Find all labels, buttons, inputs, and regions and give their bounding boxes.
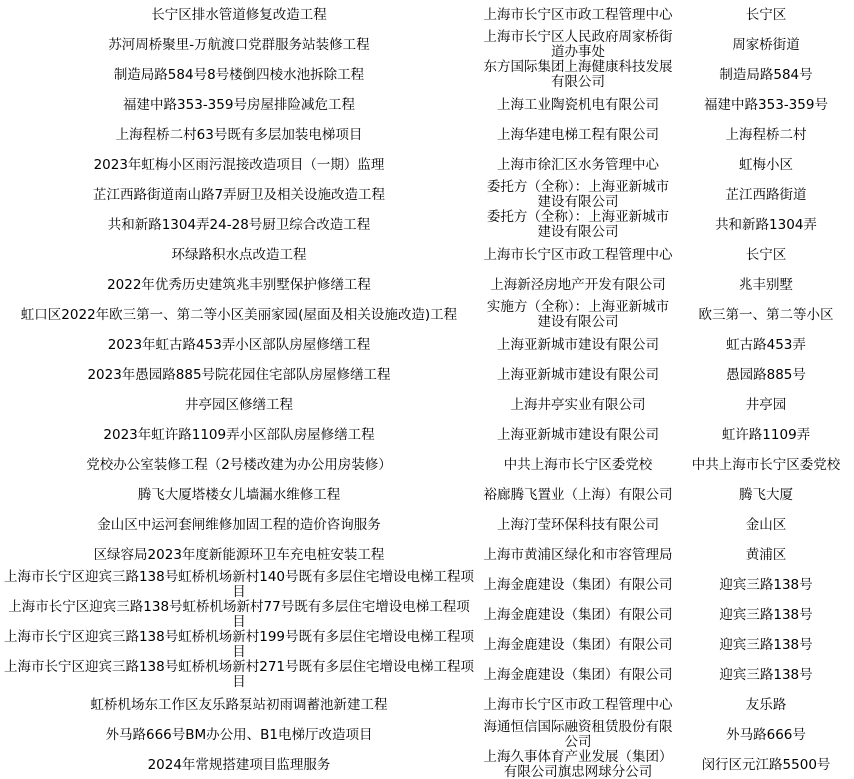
project-name-cell: 上海市长宁区迎宾三路138号虹桥机场新村77号既有多层住宅增设电梯工程项目	[0, 600, 478, 630]
project-name-text: 共和新路1304弄24-28号厨卫综合改造工程	[2, 218, 476, 233]
client-text: 委托方（全称）：上海亚新城市建设有限公司	[482, 210, 674, 240]
location-cell: 愚园路885号	[678, 360, 854, 390]
location-text: 虹梅小区	[680, 158, 852, 173]
client-cell: 上海华建电梯工程有限公司	[478, 120, 678, 150]
table-row: 2022年优秀历史建筑兆丰别墅保护修缮工程 上海新泾房地产开发有限公司 兆丰别墅	[0, 270, 854, 300]
location-text: 迎宾三路138号	[680, 668, 852, 683]
location-cell: 长宁区	[678, 0, 854, 30]
table-row: 虹口区2022年欧三第一、第二等小区美丽家园(屋面及相关设施改造)工程 实施方（…	[0, 300, 854, 330]
project-name-cell: 2023年虹梅小区雨污混接改造项目（一期）监理	[0, 150, 478, 180]
client-text: 上海新泾房地产开发有限公司	[482, 278, 674, 293]
client-text: 上海亚新城市建设有限公司	[482, 338, 674, 353]
table-row: 2023年虹古路453弄小区部队房屋修缮工程 上海亚新城市建设有限公司 虹古路4…	[0, 330, 854, 360]
project-name-cell: 芷江西路街道南山路7弄厨卫及相关设施改造工程	[0, 180, 478, 210]
project-name-text: 2023年虹古路453弄小区部队房屋修缮工程	[2, 338, 476, 353]
location-text: 共和新路1304弄	[680, 218, 852, 233]
location-cell: 迎宾三路138号	[678, 630, 854, 660]
client-text: 上海市长宁区市政工程管理中心	[482, 248, 674, 263]
client-text: 上海金鹿建设（集团）有限公司	[482, 668, 674, 683]
client-text: 上海亚新城市建设有限公司	[482, 428, 674, 443]
client-text: 上海汀莹环保科技有限公司	[482, 518, 674, 533]
project-name-cell: 金山区中运河套闸维修加固工程的造价咨询服务	[0, 510, 478, 540]
table-row: 长宁区排水管道修复改造工程 上海市长宁区市政工程管理中心 长宁区	[0, 0, 854, 30]
client-cell: 上海井亭实业有限公司	[478, 390, 678, 420]
project-name-cell: 2023年虹许路1109弄小区部队房屋修缮工程	[0, 420, 478, 450]
client-cell: 上海市长宁区市政工程管理中心	[478, 240, 678, 270]
client-text: 上海金鹿建设（集团）有限公司	[482, 578, 674, 593]
table-row: 上海市长宁区迎宾三路138号虹桥机场新村271号既有多层住宅增设电梯工程项目 上…	[0, 660, 854, 690]
client-cell: 海通恒信国际融资租赁股份有限公司	[478, 720, 678, 750]
table-row: 上海市长宁区迎宾三路138号虹桥机场新村199号既有多层住宅增设电梯工程项目 上…	[0, 630, 854, 660]
table-row: 外马路666号BM办公用、B1电梯厅改造项目 海通恒信国际融资租赁股份有限公司 …	[0, 720, 854, 750]
project-name-text: 区绿容局2023年度新能源环卫车充电桩安装工程	[2, 548, 476, 563]
location-text: 外马路666号	[680, 728, 852, 743]
client-text: 上海华建电梯工程有限公司	[482, 128, 674, 143]
client-text: 上海市长宁区市政工程管理中心	[482, 698, 674, 713]
client-text: 上海市徐汇区水务管理中心	[482, 158, 674, 173]
project-name-cell: 共和新路1304弄24-28号厨卫综合改造工程	[0, 210, 478, 240]
project-name-text: 上海市长宁区迎宾三路138号虹桥机场新村199号既有多层住宅增设电梯工程项目	[2, 630, 476, 660]
location-cell: 井亭园	[678, 390, 854, 420]
client-cell: 上海市长宁区市政工程管理中心	[478, 690, 678, 720]
project-name-text: 金山区中运河套闸维修加固工程的造价咨询服务	[2, 518, 476, 533]
location-cell: 共和新路1304弄	[678, 210, 854, 240]
location-cell: 制造局路584号	[678, 60, 854, 90]
project-name-text: 虹桥机场东工作区友乐路泵站初雨调蓄池新建工程	[2, 698, 476, 713]
location-cell: 闵行区元江路5500号	[678, 750, 854, 779]
table-row: 2023年虹梅小区雨污混接改造项目（一期）监理 上海市徐汇区水务管理中心 虹梅小…	[0, 150, 854, 180]
table-row: 金山区中运河套闸维修加固工程的造价咨询服务 上海汀莹环保科技有限公司 金山区	[0, 510, 854, 540]
client-cell: 上海久事体育产业发展（集团）有限公司旗忠网球分公司	[478, 750, 678, 779]
client-text: 东方国际集团上海健康科技发展有限公司	[482, 60, 674, 90]
project-name-cell: 井亭园区修缮工程	[0, 390, 478, 420]
project-name-text: 井亭园区修缮工程	[2, 398, 476, 413]
project-name-text: 长宁区排水管道修复改造工程	[2, 8, 476, 23]
location-text: 黄浦区	[680, 548, 852, 563]
project-name-cell: 虹口区2022年欧三第一、第二等小区美丽家园(屋面及相关设施改造)工程	[0, 300, 478, 330]
location-cell: 虹梅小区	[678, 150, 854, 180]
client-text: 实施方（全称）：上海亚新城市建设有限公司	[482, 300, 674, 330]
location-cell: 黄浦区	[678, 540, 854, 570]
project-name-text: 上海程桥二村63号既有多层加装电梯项目	[2, 128, 476, 143]
location-text: 迎宾三路138号	[680, 578, 852, 593]
client-cell: 实施方（全称）：上海亚新城市建设有限公司	[478, 300, 678, 330]
table-row: 2024年常规搭建项目监理服务 上海久事体育产业发展（集团）有限公司旗忠网球分公…	[0, 750, 854, 779]
client-cell: 上海金鹿建设（集团）有限公司	[478, 660, 678, 690]
location-cell: 外马路666号	[678, 720, 854, 750]
project-name-cell: 2022年优秀历史建筑兆丰别墅保护修缮工程	[0, 270, 478, 300]
location-cell: 迎宾三路138号	[678, 570, 854, 600]
location-cell: 周家桥街道	[678, 30, 854, 60]
project-name-cell: 苏河周桥聚里-万航渡口党群服务站装修工程	[0, 30, 478, 60]
project-name-text: 苏河周桥聚里-万航渡口党群服务站装修工程	[2, 38, 476, 53]
location-text: 长宁区	[680, 8, 852, 23]
location-cell: 迎宾三路138号	[678, 660, 854, 690]
project-name-text: 2023年愚园路885号院花园住宅部队房屋修缮工程	[2, 368, 476, 383]
client-text: 委托方（全称）：上海亚新城市建设有限公司	[482, 180, 674, 210]
project-name-cell: 上海程桥二村63号既有多层加装电梯项目	[0, 120, 478, 150]
project-name-cell: 2023年虹古路453弄小区部队房屋修缮工程	[0, 330, 478, 360]
client-cell: 上海亚新城市建设有限公司	[478, 330, 678, 360]
table-row: 腾飞大厦塔楼女儿墙漏水维修工程 裕廊腾飞置业（上海）有限公司 腾飞大厦	[0, 480, 854, 510]
location-cell: 金山区	[678, 510, 854, 540]
project-name-cell: 外马路666号BM办公用、B1电梯厅改造项目	[0, 720, 478, 750]
table-row: 虹桥机场东工作区友乐路泵站初雨调蓄池新建工程 上海市长宁区市政工程管理中心 友乐…	[0, 690, 854, 720]
client-text: 上海亚新城市建设有限公司	[482, 368, 674, 383]
client-cell: 上海金鹿建设（集团）有限公司	[478, 630, 678, 660]
project-name-cell: 长宁区排水管道修复改造工程	[0, 0, 478, 30]
table-row: 上海市长宁区迎宾三路138号虹桥机场新村77号既有多层住宅增设电梯工程项目 上海…	[0, 600, 854, 630]
client-text: 上海久事体育产业发展（集团）有限公司旗忠网球分公司	[482, 750, 674, 779]
project-name-text: 2023年虹梅小区雨污混接改造项目（一期）监理	[2, 158, 476, 173]
table-row: 共和新路1304弄24-28号厨卫综合改造工程 委托方（全称）：上海亚新城市建设…	[0, 210, 854, 240]
project-name-cell: 制造局路584号8号楼倒四棱水池拆除工程	[0, 60, 478, 90]
location-text: 制造局路584号	[680, 68, 852, 83]
client-cell: 上海市黄浦区绿化和市容管理局	[478, 540, 678, 570]
location-cell: 腾飞大厦	[678, 480, 854, 510]
location-text: 中共上海市长宁区委党校	[680, 458, 852, 473]
projects-table: 长宁区排水管道修复改造工程 上海市长宁区市政工程管理中心 长宁区 苏河周桥聚里-…	[0, 0, 854, 779]
project-name-cell: 党校办公室装修工程（2号楼改建为办公用房装修）	[0, 450, 478, 480]
project-name-cell: 上海市长宁区迎宾三路138号虹桥机场新村199号既有多层住宅增设电梯工程项目	[0, 630, 478, 660]
client-text: 上海金鹿建设（集团）有限公司	[482, 638, 674, 653]
location-cell: 迎宾三路138号	[678, 600, 854, 630]
client-text: 上海市长宁区市政工程管理中心	[482, 8, 674, 23]
location-text: 兆丰别墅	[680, 278, 852, 293]
table-row: 2023年虹许路1109弄小区部队房屋修缮工程 上海亚新城市建设有限公司 虹许路…	[0, 420, 854, 450]
location-text: 腾飞大厦	[680, 488, 852, 503]
project-name-cell: 福建中路353-359号房屋排险减危工程	[0, 90, 478, 120]
projects-table-body: 长宁区排水管道修复改造工程 上海市长宁区市政工程管理中心 长宁区 苏河周桥聚里-…	[0, 0, 854, 779]
client-text: 海通恒信国际融资租赁股份有限公司	[482, 720, 674, 750]
client-cell: 上海汀莹环保科技有限公司	[478, 510, 678, 540]
project-name-cell: 2023年愚园路885号院花园住宅部队房屋修缮工程	[0, 360, 478, 390]
project-name-cell: 2024年常规搭建项目监理服务	[0, 750, 478, 779]
project-name-text: 虹口区2022年欧三第一、第二等小区美丽家园(屋面及相关设施改造)工程	[2, 308, 476, 323]
project-name-text: 福建中路353-359号房屋排险减危工程	[2, 98, 476, 113]
project-name-text: 外马路666号BM办公用、B1电梯厅改造项目	[2, 728, 476, 743]
client-text: 上海市长宁区人民政府周家桥街道办事处	[482, 30, 674, 60]
project-name-text: 制造局路584号8号楼倒四棱水池拆除工程	[2, 68, 476, 83]
table-row: 井亭园区修缮工程 上海井亭实业有限公司 井亭园	[0, 390, 854, 420]
project-name-text: 党校办公室装修工程（2号楼改建为办公用房装修）	[2, 458, 476, 473]
project-name-cell: 上海市长宁区迎宾三路138号虹桥机场新村271号既有多层住宅增设电梯工程项目	[0, 660, 478, 690]
project-name-cell: 区绿容局2023年度新能源环卫车充电桩安装工程	[0, 540, 478, 570]
project-name-text: 环绿路积水点改造工程	[2, 248, 476, 263]
location-text: 上海程桥二村	[680, 128, 852, 143]
location-text: 芷江西路街道	[680, 188, 852, 203]
client-cell: 上海金鹿建设（集团）有限公司	[478, 600, 678, 630]
location-cell: 虹许路1109弄	[678, 420, 854, 450]
project-name-cell: 上海市长宁区迎宾三路138号虹桥机场新村140号既有多层住宅增设电梯工程项目	[0, 570, 478, 600]
project-name-text: 2022年优秀历史建筑兆丰别墅保护修缮工程	[2, 278, 476, 293]
client-cell: 上海金鹿建设（集团）有限公司	[478, 570, 678, 600]
location-cell: 福建中路353-359号	[678, 90, 854, 120]
table-row: 2023年愚园路885号院花园住宅部队房屋修缮工程 上海亚新城市建设有限公司 愚…	[0, 360, 854, 390]
location-text: 周家桥街道	[680, 38, 852, 53]
project-name-cell: 腾飞大厦塔楼女儿墙漏水维修工程	[0, 480, 478, 510]
location-cell: 兆丰别墅	[678, 270, 854, 300]
location-cell: 中共上海市长宁区委党校	[678, 450, 854, 480]
location-cell: 欧三第一、第二等小区	[678, 300, 854, 330]
client-cell: 裕廊腾飞置业（上海）有限公司	[478, 480, 678, 510]
table-row: 芷江西路街道南山路7弄厨卫及相关设施改造工程 委托方（全称）：上海亚新城市建设有…	[0, 180, 854, 210]
location-text: 虹许路1109弄	[680, 428, 852, 443]
location-text: 迎宾三路138号	[680, 638, 852, 653]
table-row: 上海市长宁区迎宾三路138号虹桥机场新村140号既有多层住宅增设电梯工程项目 上…	[0, 570, 854, 600]
client-cell: 上海工业陶瓷机电有限公司	[478, 90, 678, 120]
location-text: 欧三第一、第二等小区	[680, 308, 852, 323]
project-name-cell: 虹桥机场东工作区友乐路泵站初雨调蓄池新建工程	[0, 690, 478, 720]
client-cell: 东方国际集团上海健康科技发展有限公司	[478, 60, 678, 90]
project-name-text: 芷江西路街道南山路7弄厨卫及相关设施改造工程	[2, 188, 476, 203]
location-text: 迎宾三路138号	[680, 608, 852, 623]
location-cell: 友乐路	[678, 690, 854, 720]
location-cell: 芷江西路街道	[678, 180, 854, 210]
project-name-text: 上海市长宁区迎宾三路138号虹桥机场新村271号既有多层住宅增设电梯工程项目	[2, 660, 476, 690]
project-name-text: 2024年常规搭建项目监理服务	[2, 758, 476, 773]
location-cell: 上海程桥二村	[678, 120, 854, 150]
client-cell: 委托方（全称）：上海亚新城市建设有限公司	[478, 180, 678, 210]
client-cell: 上海市徐汇区水务管理中心	[478, 150, 678, 180]
client-cell: 上海市长宁区市政工程管理中心	[478, 0, 678, 30]
project-name-text: 上海市长宁区迎宾三路138号虹桥机场新村77号既有多层住宅增设电梯工程项目	[2, 600, 476, 630]
location-text: 长宁区	[680, 248, 852, 263]
client-cell: 委托方（全称）：上海亚新城市建设有限公司	[478, 210, 678, 240]
project-name-text: 上海市长宁区迎宾三路138号虹桥机场新村140号既有多层住宅增设电梯工程项目	[2, 570, 476, 600]
table-row: 苏河周桥聚里-万航渡口党群服务站装修工程 上海市长宁区人民政府周家桥街道办事处 …	[0, 30, 854, 60]
client-cell: 上海亚新城市建设有限公司	[478, 420, 678, 450]
client-text: 上海市黄浦区绿化和市容管理局	[482, 548, 674, 563]
location-text: 福建中路353-359号	[680, 98, 852, 113]
table-row: 上海程桥二村63号既有多层加装电梯项目 上海华建电梯工程有限公司 上海程桥二村	[0, 120, 854, 150]
client-text: 上海金鹿建设（集团）有限公司	[482, 608, 674, 623]
location-cell: 虹古路453弄	[678, 330, 854, 360]
client-text: 上海工业陶瓷机电有限公司	[482, 98, 674, 113]
project-name-text: 腾飞大厦塔楼女儿墙漏水维修工程	[2, 488, 476, 503]
location-cell: 长宁区	[678, 240, 854, 270]
table-row: 区绿容局2023年度新能源环卫车充电桩安装工程 上海市黄浦区绿化和市容管理局 黄…	[0, 540, 854, 570]
table-row: 党校办公室装修工程（2号楼改建为办公用房装修） 中共上海市长宁区委党校 中共上海…	[0, 450, 854, 480]
client-text: 中共上海市长宁区委党校	[482, 458, 674, 473]
client-text: 裕廊腾飞置业（上海）有限公司	[482, 488, 674, 503]
location-text: 闵行区元江路5500号	[680, 758, 852, 773]
project-name-text: 2023年虹许路1109弄小区部队房屋修缮工程	[2, 428, 476, 443]
table-row: 环绿路积水点改造工程 上海市长宁区市政工程管理中心 长宁区	[0, 240, 854, 270]
client-cell: 上海亚新城市建设有限公司	[478, 360, 678, 390]
client-text: 上海井亭实业有限公司	[482, 398, 674, 413]
location-text: 虹古路453弄	[680, 338, 852, 353]
location-text: 友乐路	[680, 698, 852, 713]
location-text: 井亭园	[680, 398, 852, 413]
client-cell: 上海市长宁区人民政府周家桥街道办事处	[478, 30, 678, 60]
client-cell: 中共上海市长宁区委党校	[478, 450, 678, 480]
client-cell: 上海新泾房地产开发有限公司	[478, 270, 678, 300]
project-name-cell: 环绿路积水点改造工程	[0, 240, 478, 270]
location-text: 愚园路885号	[680, 368, 852, 383]
location-text: 金山区	[680, 518, 852, 533]
table-row: 制造局路584号8号楼倒四棱水池拆除工程 东方国际集团上海健康科技发展有限公司 …	[0, 60, 854, 90]
table-row: 福建中路353-359号房屋排险减危工程 上海工业陶瓷机电有限公司 福建中路35…	[0, 90, 854, 120]
